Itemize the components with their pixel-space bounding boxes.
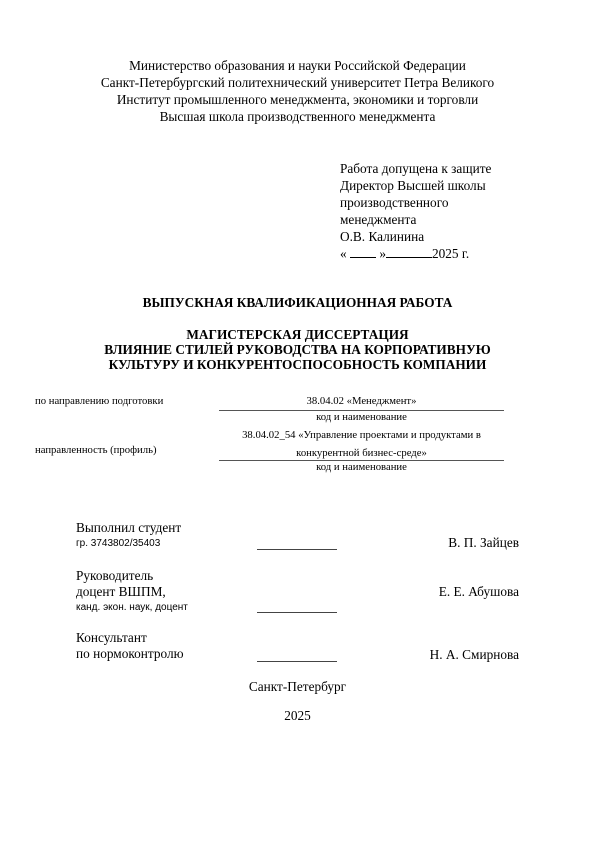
school-line: Высшая школа производственного менеджмен… — [0, 108, 595, 125]
student-role: Выполнил студент гр. 3743802/35403 — [76, 520, 181, 552]
date-year: 2025 г. — [432, 246, 469, 261]
consultant-role-title: Консультант — [76, 630, 184, 646]
approval-line-3: производственного — [340, 194, 540, 211]
profile-value-line-1: 38.04.02_54 «Управление проектами и прод… — [219, 426, 504, 444]
direction-label: по направлению подготовки — [35, 395, 163, 407]
approval-line-1: Работа допущена к защите — [340, 160, 540, 177]
university-line: Санкт-Петербургский политехнический унив… — [0, 74, 595, 91]
work-title: ВЫПУСКНАЯ КВАЛИФИКАЦИОННАЯ РАБОТА — [0, 295, 595, 311]
direction-value: 38.04.02 «Менеджмент» — [219, 392, 504, 410]
institute-line: Институт промышленного менеджмента, экон… — [0, 91, 595, 108]
consultant-role: Консультант по нормоконтролю — [76, 630, 184, 662]
profile-value: 38.04.02_54 «Управление проектами и прод… — [219, 426, 504, 462]
date-quote-open: « — [340, 246, 347, 261]
date-quote-close: » — [379, 246, 386, 261]
profile-label: направленность (профиль) — [35, 444, 157, 456]
student-name: В. П. Зайцев — [448, 535, 519, 551]
consultant-area: по нормоконтролю — [76, 646, 184, 662]
director-name: О.В. Калинина — [340, 228, 540, 245]
direction-caption: код и наименование — [219, 411, 504, 423]
year: 2025 — [0, 707, 595, 724]
thesis-topic-line-1: ВЛИЯНИЕ СТИЛЕЙ РУКОВОДСТВА НА КОРПОРАТИВ… — [0, 342, 595, 357]
approval-block: Работа допущена к защите Директор Высшей… — [340, 160, 540, 262]
thesis-title-block: МАГИСТЕРСКАЯ ДИССЕРТАЦИЯ ВЛИЯНИЕ СТИЛЕЙ … — [0, 327, 595, 372]
thesis-type: МАГИСТЕРСКАЯ ДИССЕРТАЦИЯ — [0, 327, 595, 342]
student-signature-line — [257, 549, 337, 550]
supervisor-degree: канд. экон. наук, доцент — [76, 600, 188, 616]
supervisor-position: доцент ВШПМ, — [76, 584, 188, 600]
city: Санкт-Петербург — [0, 678, 595, 695]
supervisor-signature-line — [257, 612, 337, 613]
approval-line-2: Директор Высшей школы — [340, 177, 540, 194]
supervisor-role: Руководитель доцент ВШПМ, канд. экон. на… — [76, 568, 188, 616]
institution-header: Министерство образования и науки Российс… — [0, 57, 595, 125]
consultant-name: Н. А. Смирнова — [430, 647, 519, 663]
approval-line-4: менеджмента — [340, 211, 540, 228]
profile-caption: код и наименование — [219, 461, 504, 473]
month-blank — [386, 246, 432, 258]
ministry-line: Министерство образования и науки Российс… — [0, 57, 595, 74]
supervisor-name: Е. Е. Абушова — [439, 584, 519, 600]
supervisor-role-title: Руководитель — [76, 568, 188, 584]
thesis-topic-line-2: КУЛЬТУРУ И КОНКУРЕНТОСПОСОБНОСТЬ КОМПАНИ… — [0, 357, 595, 372]
student-role-title: Выполнил студент — [76, 520, 181, 536]
day-blank — [350, 246, 376, 258]
student-group: гр. 3743802/35403 — [76, 536, 181, 552]
consultant-signature-line — [257, 661, 337, 662]
approval-date: « »2025 г. — [340, 245, 540, 262]
